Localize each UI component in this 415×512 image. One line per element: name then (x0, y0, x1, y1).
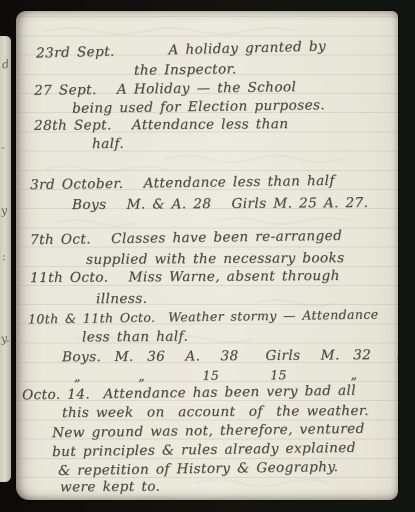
margin-ink-fragment: : (1, 250, 6, 263)
handwriting-line: Boys M. & A. 28 Girls M. 25 A. 27. (72, 195, 368, 213)
margin-ink-fragment: y (0, 204, 8, 218)
handwriting-line: half. (92, 136, 124, 152)
handwriting-line: supplied with the necessary books (86, 250, 345, 268)
facing-page-edge: d - y : y. (0, 36, 11, 482)
handwriting-line: this week on account of the weather. (62, 403, 369, 421)
handwriting-line: the Inspector. (134, 61, 237, 78)
handwriting-line: less than half. (82, 329, 188, 346)
handwriting-line: Boys. M. 36 A. 38 Girls M. 32 A. 32 (62, 347, 398, 366)
margin-ink-fragment: - (0, 141, 5, 154)
handwriting-line: 28th Sept. Attendance less than (34, 116, 289, 134)
logbook-scan: d - y : y. 23rd Sept. A holiday granted … (0, 0, 415, 512)
handwriting-line: illness. (96, 291, 147, 307)
handwriting-line: were kept to. (60, 479, 160, 496)
logbook-page: 23rd Sept. A holiday granted by the Insp… (16, 11, 398, 500)
handwriting-line: 11th Octo. Miss Warne, absent through (30, 268, 340, 286)
margin-ink-fragment: y. (0, 331, 10, 345)
margin-ink-fragment: d (1, 58, 10, 72)
